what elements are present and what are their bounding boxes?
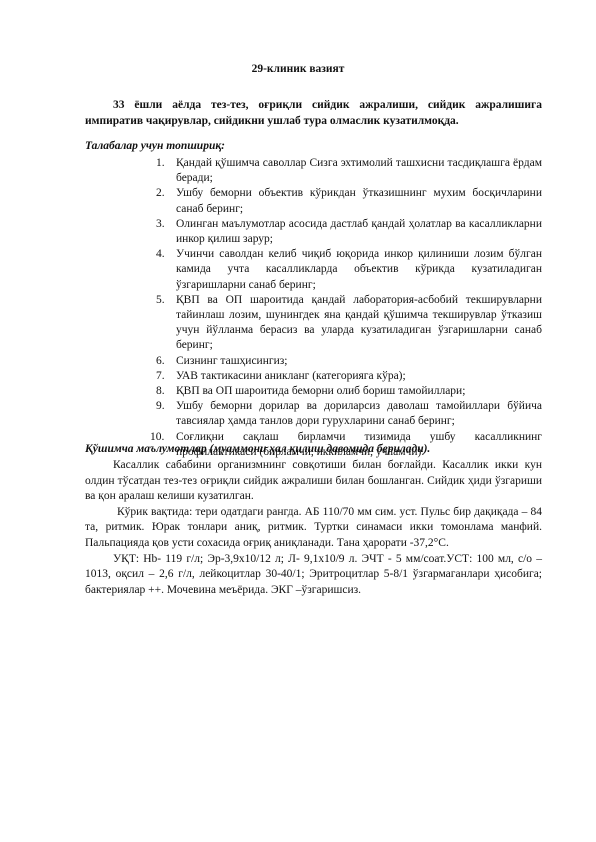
task-number: 1. <box>156 156 165 171</box>
task-text: Ушбу беморни объектив кўрикдан ўтказишни… <box>176 187 542 214</box>
task-number: 4. <box>156 247 165 262</box>
document-page: 29-клиник вазият 33 ёшли аёлда тез-тез, … <box>0 0 596 842</box>
tasks-heading: Талабалар учун топшириқ: <box>85 140 225 152</box>
additional-paragraph: Кўрик вақтида: тери одатдаги рангда. АБ … <box>85 505 542 552</box>
task-item: 5.ҚВП ва ОП шароитида қандай лаборатория… <box>148 293 542 354</box>
task-text: Қандай қўшимча саволлар Сизга эхтимолий … <box>176 157 542 184</box>
additional-paragraph: Касаллик сабабини организмнинг совқотиши… <box>85 458 542 505</box>
additional-info-heading: Қўшимча маълумотлар (муаммони ҳал қилиш … <box>85 443 430 455</box>
task-item: 8.ҚВП ва ОП шароитида беморни олиб бориш… <box>148 384 542 399</box>
task-item: 2.Ушбу беморни объектив кўрикдан ўтказиш… <box>148 186 542 216</box>
task-item: 4.Учинчи саволдан келиб чиқиб юқорида ин… <box>148 247 542 293</box>
task-item: 6.Сизнинг ташҳисингиз; <box>148 354 542 369</box>
task-number: 6. <box>156 354 165 369</box>
task-text: ҚВП ва ОП шароитида беморни олиб бориш т… <box>176 385 465 397</box>
case-title: 29-клиник вазият <box>0 63 596 75</box>
additional-paragraph: УҚТ: Hb- 119 г/л; Эр-3,9х10/12 л; Л- 9,1… <box>85 552 542 599</box>
task-list: 1.Қандай қўшимча саволлар Сизга эхтимоли… <box>148 156 542 460</box>
task-item: 9.Ушбу беморни дорилар ва дориларсиз дав… <box>148 399 542 429</box>
task-number: 7. <box>156 369 165 384</box>
task-number: 9. <box>156 399 165 414</box>
task-text: Сизнинг ташҳисингиз; <box>176 355 287 367</box>
additional-info-body: Касаллик сабабини организмнинг совқотиши… <box>85 458 542 598</box>
task-number: 3. <box>156 217 165 232</box>
task-text: Олинган маълумотлар асосида дастлаб қанд… <box>176 218 542 245</box>
task-number: 5. <box>156 293 165 308</box>
task-text: Учинчи саволдан келиб чиқиб юқорида инко… <box>176 248 542 290</box>
task-text: УАВ тактикасини аникланг (категорияга кў… <box>176 370 406 382</box>
task-number: 8. <box>156 384 165 399</box>
task-text: Ушбу беморни дорилар ва дориларсиз давол… <box>176 400 542 427</box>
task-text: ҚВП ва ОП шароитида қандай лаборатория-а… <box>176 294 542 352</box>
case-intro: 33 ёшли аёлда тез-тез, оғриқли сийдик аж… <box>85 97 542 129</box>
task-item: 1.Қандай қўшимча саволлар Сизга эхтимоли… <box>148 156 542 186</box>
task-item: 7.УАВ тактикасини аникланг (категорияга … <box>148 369 542 384</box>
task-item: 3.Олинган маълумотлар асосида дастлаб қа… <box>148 217 542 247</box>
task-number: 2. <box>156 186 165 201</box>
